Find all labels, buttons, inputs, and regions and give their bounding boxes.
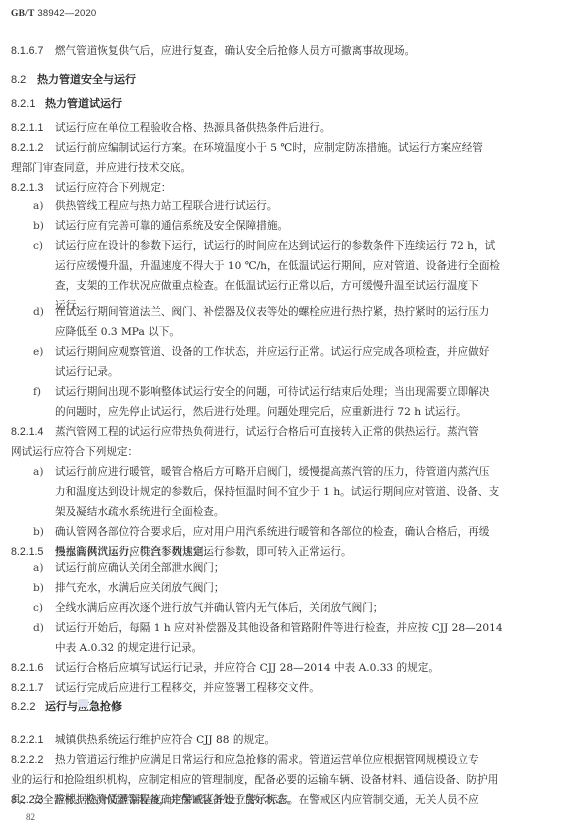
clause-text: 试运行合格后应填写试运行记录，并应符合 CJJ 28—2014 中表 A.0.3…: [55, 662, 439, 674]
clause-line: 8.2.1.6试运行合格后应填写试运行记录，并应符合 CJJ 28—2014 中…: [11, 661, 439, 675]
clause-text: 试运行完成后应进行工程移交，并应签署工程移交文件。: [55, 682, 320, 694]
clause-text: 燃气管道恢复供气后，应进行复查，确认安全后抢修人员方可撤离事故现场。: [55, 45, 415, 57]
list-item-label: a): [33, 199, 43, 213]
clause-line: 8.2.1.3试运行应符合下列规定：: [11, 181, 172, 195]
list-item-line: 中表 A.0.32 的规定进行记录。: [55, 641, 202, 655]
page-number: 82: [26, 812, 35, 822]
clause-line: 8.2.2.2热力管道运行维护应满足日常运行和应急抢修的需求。管道运营单位应根据…: [11, 753, 479, 767]
clause-number: 8.2.1.4: [11, 425, 55, 439]
section-title: 热力管道安全与运行: [37, 73, 136, 86]
list-item-label: e): [33, 345, 43, 359]
clause-text: 蒸汽管网工程的试运行应带热负荷进行，试运行合格后可直接转入正常的供热运行。蒸汽管: [55, 426, 479, 438]
document-page: GB/T 38942—2020 8.1.6.7燃气管道恢复供气后，应进行复查，确…: [0, 0, 562, 830]
list-item-line: 试运行应在设计的参数下运行，试运行的时间应在达到试运行的参数条件下连续运行 72…: [55, 239, 495, 253]
clause-line: 8.2.1.7试运行完成后应进行工程移交，并应签署工程移交文件。: [11, 681, 320, 695]
clause-number: 8.2.1.5: [11, 545, 55, 559]
clause-line: 8.2.1.5热水管网试运行应符合下列规定：: [11, 545, 214, 559]
clause-text: 理部门审查同意，并应进行技术交底。: [11, 162, 191, 174]
section-number: 8.2.2: [11, 700, 45, 714]
clause-line: 8.2.2.3应根据热介质泄漏程度确定警戒区并设立警示标志。在警戒区内应管制交通…: [11, 793, 479, 807]
clause-number: 8.2.2.1: [11, 733, 55, 747]
clause-line: 业的运行和抢险组织机构，应制定相应的管理制度，配备必要的运输车辆、设备材料、通信…: [11, 773, 498, 787]
clause-text: 试运行前应编制试运行方案。在环境温度小于 5 ℃时，应制定防冻措施。试运行方案应…: [55, 142, 483, 154]
clause-line: 8.1.6.7燃气管道恢复供气后，应进行复查，确认安全后抢修人员方可撤离事故现场…: [11, 44, 415, 58]
page-header: GB/T 38942—2020: [11, 8, 96, 19]
clause-text: 城镇供热系统运行维护应符合 CJJ 88 的规定。: [55, 734, 275, 746]
list-item-line: 试运行前应确认关闭全部泄水阀门；: [55, 561, 225, 575]
clause-text: 业的运行和抢险组织机构，应制定相应的管理制度，配备必要的运输车辆、设备材料、通信…: [11, 774, 498, 786]
clause-number: 8.2.1.3: [11, 181, 55, 195]
list-item-label: d): [33, 305, 44, 319]
clause-line: 理部门审查同意，并应进行技术交底。: [11, 161, 191, 175]
list-item-line: 试运行开始后，每隔 1 h 应对补偿器及其他设备和管路附件等进行检查，并应按 C…: [55, 621, 503, 635]
list-item-line: 在试运行期间管道法兰、阀门、补偿器及仪表等处的螺栓应进行热拧紧，热拧紧时的运行压…: [55, 305, 489, 319]
clause-number: 8.2.1.2: [11, 141, 55, 155]
list-item-label: b): [33, 525, 44, 539]
list-item-label: a): [33, 465, 43, 479]
standard-number: 38942—2020: [37, 8, 96, 19]
list-item-line: 应降低至 0.3 MPa 以下。: [55, 325, 180, 339]
clause-text: 热力管道运行维护应满足日常运行和应急抢修的需求。管道运营单位应根据管网规模设立专: [55, 754, 479, 766]
section-heading: 8.2.1热力管道试运行: [11, 97, 122, 111]
list-item-label: c): [33, 601, 43, 615]
clause-text: 网试运行应符合下列规定：: [11, 446, 138, 458]
list-item-line: 架及凝结水疏水系统进行全面检查。: [55, 505, 225, 519]
clause-line: 8.2.2.1城镇供热系统运行维护应符合 CJJ 88 的规定。: [11, 733, 275, 747]
list-item-label: b): [33, 219, 44, 233]
list-item-line: 试运行期间出现不影响整体试运行安全的问题，可待试运行结束后处理；当出现需要立即解…: [55, 385, 489, 399]
list-item-line: 运行应缓慢升温，升温速度不得大于 10 ℃/h，在低温试运行期间，应对管道、设备…: [55, 259, 500, 273]
section-heading: 8.2热力管道安全与运行: [11, 73, 136, 87]
clause-number: 8.2.2.2: [11, 753, 55, 767]
list-item-line: 的问题时，应先停止试运行，然后进行处理。问题处理完后，应重新进行 72 h 试运…: [55, 405, 467, 419]
clause-number: 8.1.6.7: [11, 44, 55, 58]
section-number: 8.2.1: [11, 97, 45, 111]
clause-number: 8.2.1.7: [11, 681, 55, 695]
list-item-line: 试运行记录。: [55, 365, 119, 379]
list-item-line: 试运行前应进行暖管，暖管合格后方可略开启阀门，缓慢提高蒸汽管的压力，待管道内蒸汽…: [55, 465, 489, 479]
clause-text: 试运行应在单位工程验收合格、热源具备供热条件后进行。: [55, 122, 330, 134]
clause-number: 8.2.1.6: [11, 661, 55, 675]
clause-line: 8.2.1.4蒸汽管网工程的试运行应带热负荷进行，试运行合格后可直接转入正常的供…: [11, 425, 479, 439]
section-number: 8.2: [11, 73, 37, 87]
clause-line: 网试运行应符合下列规定：: [11, 445, 138, 459]
list-item-label: b): [33, 581, 44, 595]
standard-prefix: GB/T: [11, 9, 35, 19]
list-item-line: 试运行期间应观察管道、设备的工作状态，并应运行正常。试运行应完成各项检查，并应做…: [55, 345, 489, 359]
list-item-line: 查，支架的工作状况应做重点检查。在低温试运行正常以后，方可缓慢升温至试运行温度下: [55, 279, 479, 293]
list-item-line: 确认管网各部位符合要求后，应对用户用汽系统进行暖管和各部位的检查，确认合格后，再…: [55, 525, 489, 539]
clause-line: 8.2.1.1试运行应在单位工程验收合格、热源具备供热条件后进行。: [11, 121, 330, 135]
list-item-label: a): [33, 561, 43, 575]
list-item-line: 供热管线工程应与热力站工程联合进行试运行。: [55, 199, 277, 213]
clause-text: 应根据热介质泄漏程度确定警戒区并设立警示标志。在警戒区内应管制交通，无关人员不应: [55, 794, 479, 806]
clause-number: 8.2.1.1: [11, 121, 55, 135]
section-title: 热力管道试运行: [45, 97, 122, 110]
list-item-line: 排气充水，水满后应关闭放气阀门；: [55, 581, 225, 595]
clause-number: 8.2.2.3: [11, 793, 55, 807]
clause-line: 8.2.1.2试运行前应编制试运行方案。在环境温度小于 5 ℃时，应制定防冻措施…: [11, 141, 483, 155]
list-item-line: 试运行应有完善可靠的通信系统及安全保障措施。: [55, 219, 288, 233]
list-item-label: d): [33, 621, 44, 635]
clause-text: 试运行应符合下列规定：: [55, 182, 172, 194]
section-heading: 8.2.2运行与应急抢修: [11, 700, 122, 714]
list-item-label: c): [33, 239, 43, 253]
clause-text: 热水管网试运行应符合下列规定：: [55, 546, 214, 558]
list-item-line: 全线水满后应再次逐个进行放气并确认管内无气体后，关闭放气阀门；: [55, 601, 383, 615]
list-item-line: 力和温度达到设计规定的参数后，保持恒温时间不宜少于 1 h。试运行期间应对管道、…: [55, 485, 499, 499]
selection-highlight: [78, 699, 88, 707]
list-item-label: f): [33, 385, 41, 399]
